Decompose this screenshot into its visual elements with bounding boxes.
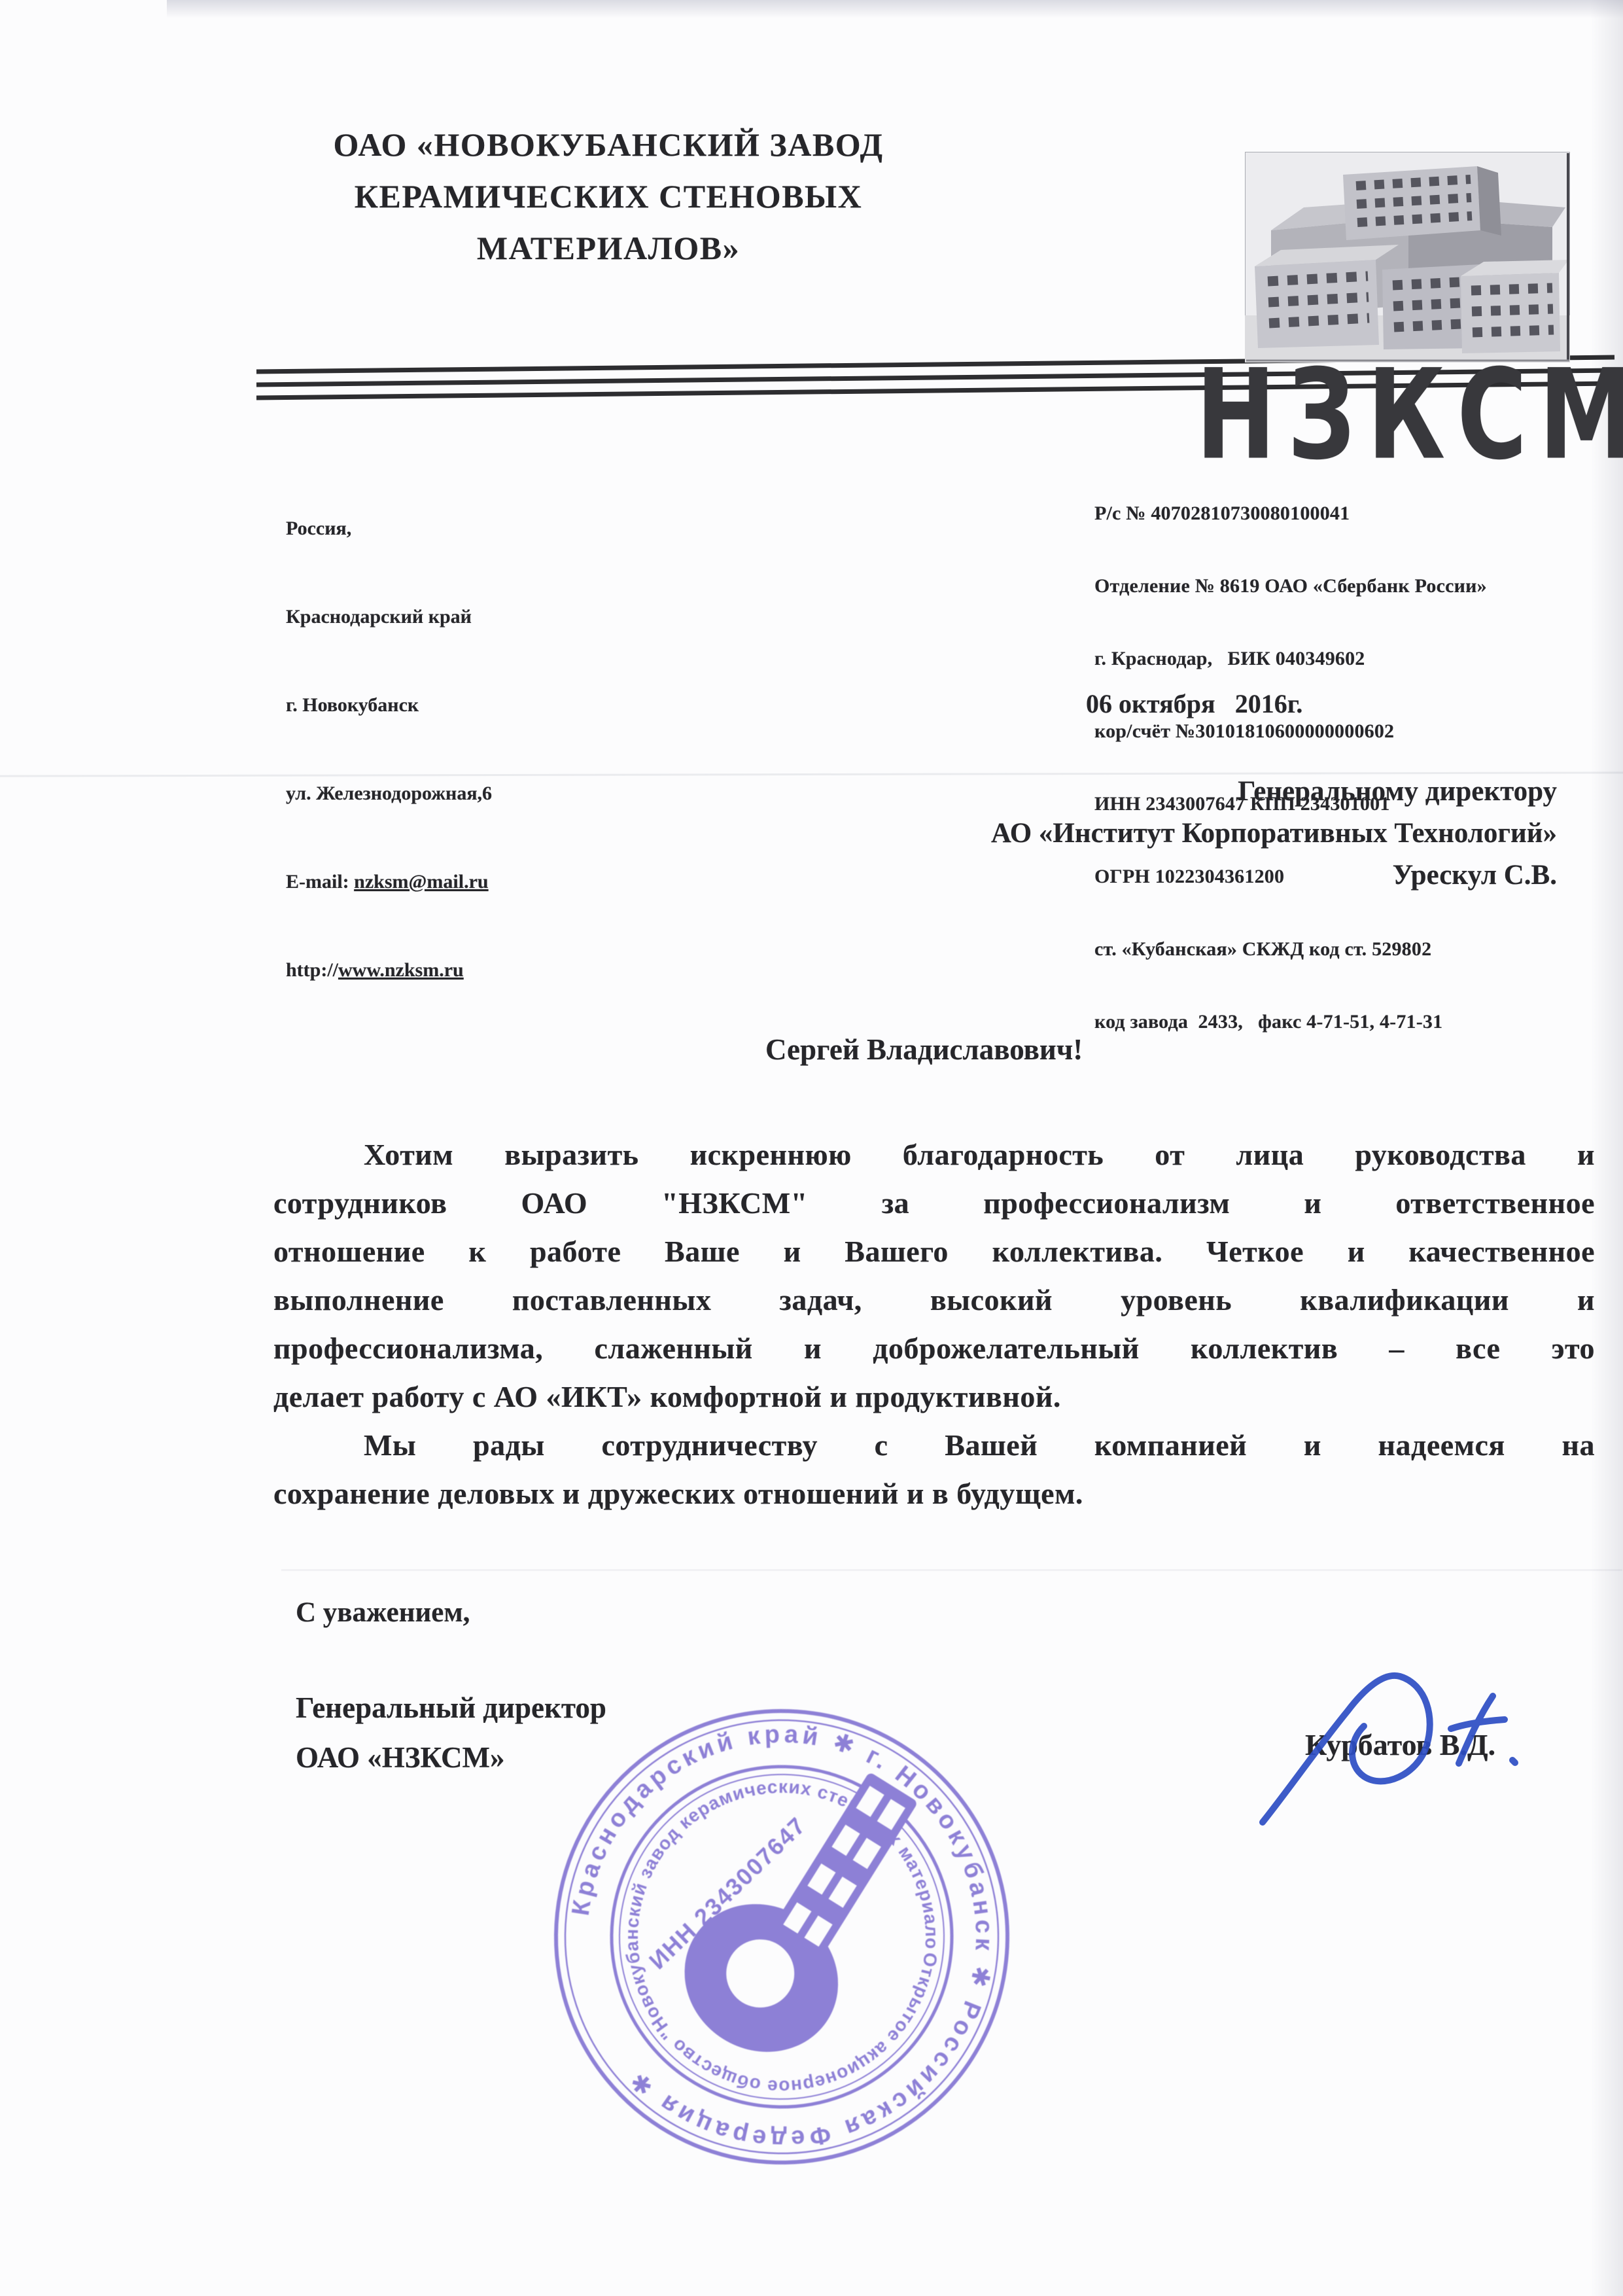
scan-artifact-top-shadow xyxy=(167,0,1623,18)
addressee-line: Генеральному директору xyxy=(654,771,1557,813)
website-prefix: http:// xyxy=(286,959,338,981)
address-line: г. Новокубанск xyxy=(286,690,492,720)
body-line: делает работу с АО «ИКТ» комфортной и пр… xyxy=(273,1373,1595,1421)
email-label: E-mail: xyxy=(286,871,354,892)
company-stamp: Краснодарский край ✱ г. Новокубанск ✱ Ро… xyxy=(508,1663,1055,2210)
company-name-line: КЕРАМИЧЕСКИХ СТЕНОВЫХ xyxy=(258,171,958,222)
bank-details-line: кор/счёт №30101810600000000602 xyxy=(1094,719,1487,743)
bank-details-line: Отделение № 8619 ОАО «Сбербанк России» xyxy=(1094,574,1487,598)
scan-artifact-crease xyxy=(281,1569,1622,1571)
email-link: nzksm@mail.ru xyxy=(354,871,488,892)
body-line: Мы рады сотрудничеству с Вашей компанией… xyxy=(273,1421,1595,1470)
bank-details-line: Р/с № 40702810730080100041 xyxy=(1094,501,1487,525)
signature-ink xyxy=(1243,1649,1557,1845)
salutation: Сергей Владиславович! xyxy=(765,1033,1083,1067)
body-line: отношение к работе Ваше и Вашего коллект… xyxy=(273,1227,1595,1276)
company-name-line: МАТЕРИАЛОВ» xyxy=(258,222,958,274)
company-name: ОАО «НОВОКУБАНСКИЙ ЗАВОД КЕРАМИЧЕСКИХ СТ… xyxy=(258,119,958,274)
addressee-block: Генеральному директору АО «Институт Корп… xyxy=(654,771,1557,896)
body-line: выполнение поставленных задач, высокий у… xyxy=(273,1276,1595,1324)
closing: С уважением, xyxy=(296,1597,470,1629)
body-line: Хотим выразить искреннюю благодарность о… xyxy=(273,1131,1595,1179)
address-line: Краснодарский край xyxy=(286,602,492,631)
website-link: www.nzksm.ru xyxy=(338,959,464,981)
address-line: http://www.nzksm.ru xyxy=(286,955,492,985)
company-address-block: Россия, Краснодарский край г. Новокубанс… xyxy=(286,455,492,1044)
body-line: сотрудников ОАО "НЗКСМ" за профессионали… xyxy=(273,1179,1595,1227)
bank-details-block: Р/с № 40702810730080100041 Отделение № 8… xyxy=(1094,453,1487,1082)
bank-details-line: ст. «Кубанская» СКЖД код ст. 529802 xyxy=(1094,937,1487,961)
letter-date: 06 октября 2016г. xyxy=(1086,688,1302,719)
addressee-line: Урескул С.В. xyxy=(654,855,1557,896)
body-line: сохранение деловых и дружеских отношений… xyxy=(273,1470,1595,1518)
address-line: ул. Железнодорожная,6 xyxy=(286,779,492,808)
address-line: E-mail: nzksm@mail.ru xyxy=(286,867,492,896)
address-line: Россия, xyxy=(286,514,492,543)
letter-body: Хотим выразить искреннюю благодарность о… xyxy=(273,1131,1595,1518)
bank-details-line: код завода 2433, факс 4-71-51, 4-71-31 xyxy=(1094,1010,1487,1034)
scanned-letter-page: ОАО «НОВОКУБАНСКИЙ ЗАВОД КЕРАМИЧЕСКИХ СТ… xyxy=(0,0,1623,2296)
bank-details-line: г. Краснодар, БИК 040349602 xyxy=(1094,646,1487,671)
body-line: профессионализма, слаженный и доброжелат… xyxy=(273,1324,1595,1373)
company-name-line: ОАО «НОВОКУБАНСКИЙ ЗАВОД xyxy=(258,119,958,171)
bricks-photo xyxy=(1245,152,1570,362)
addressee-line: АО «Институт Корпоративных Технологий» xyxy=(654,813,1557,855)
